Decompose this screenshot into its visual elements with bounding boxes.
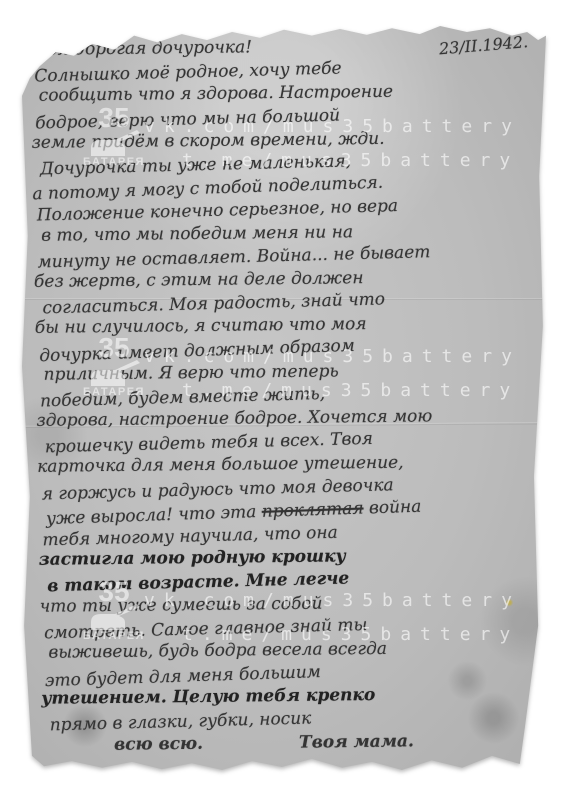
closing-line: всю всю. Твоя мама. [114, 729, 542, 757]
handwritten-letter-text: Моя дорогая дочурочка! 23/II.1942. Солны… [30, 32, 542, 759]
signature: Твоя мама. [299, 730, 414, 754]
struck-word: проклятая [261, 498, 363, 521]
paper-shadow: Моя дорогая дочурочка! 23/II.1942. Солны… [22, 26, 546, 770]
struck-line-post: война [363, 496, 421, 518]
salutation: Моя дорогая дочурочка! [30, 36, 252, 62]
scanned-letter-page: Моя дорогая дочурочка! 23/II.1942. Солны… [0, 0, 564, 800]
letter-paper: Моя дорогая дочурочка! 23/II.1942. Солны… [22, 26, 546, 770]
closing-words: всю всю. [114, 732, 203, 756]
